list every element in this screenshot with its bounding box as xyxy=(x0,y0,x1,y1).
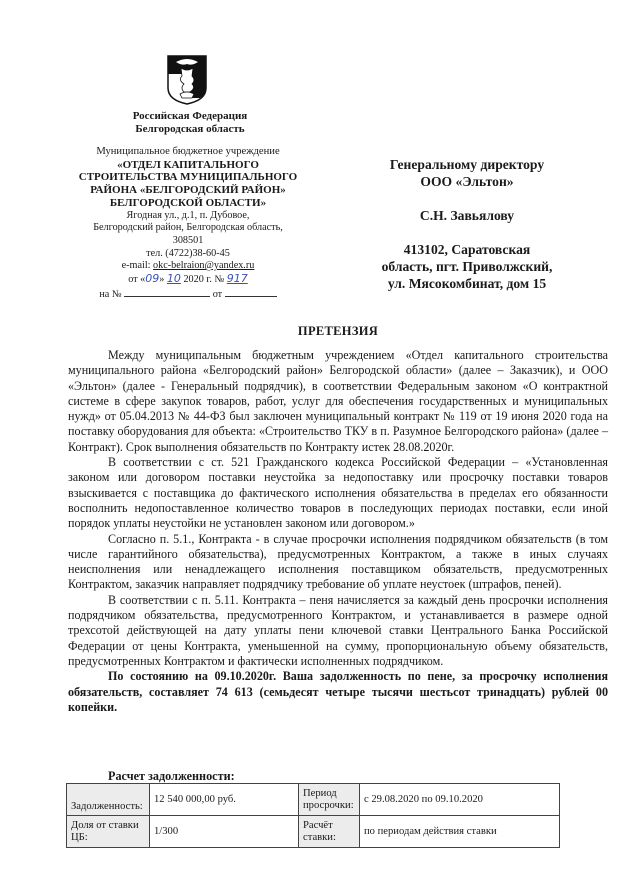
body-paragraph: В соответствии с п. 5.11. Контракта – пе… xyxy=(68,593,608,669)
document-body: Между муниципальным бюджетным учреждение… xyxy=(68,348,608,715)
org-name-line: «ОТДЕЛ КАПИТАЛЬНОГО xyxy=(62,159,314,172)
cell-value: 12 540 000,00 руб. xyxy=(150,784,299,816)
org-name-line: СТРОИТЕЛЬСТВА МУНИЦИПАЛЬНОГО xyxy=(62,171,314,184)
org-type: Муниципальное бюджетное учреждение xyxy=(62,146,314,159)
email-link[interactable]: okc-belraion@yandex.ru xyxy=(153,260,254,271)
cell-label: Период просрочки: xyxy=(299,784,360,816)
addressee-name: С.Н. Завьялову xyxy=(352,207,582,224)
region-name: Белгородская область xyxy=(80,123,300,136)
body-paragraph: Согласно п. 5.1., Контракта - в случае п… xyxy=(68,532,608,593)
body-paragraph: В соответствии с ст. 521 Гражданского ко… xyxy=(68,455,608,531)
phone: тел. (4722)38-60-45 xyxy=(62,248,314,261)
ref-from-label: от xyxy=(213,289,222,300)
calculation-title: Расчет задолженности: xyxy=(108,769,235,784)
ref-date-blank xyxy=(225,286,277,297)
outgoing-date-line: от «09» 10 2020 г. № 917 xyxy=(62,273,314,287)
email-line: e-mail: okc-belraion@yandex.ru xyxy=(62,260,314,273)
org-name-line: РАЙОНА «БЕЛГОРОДСКИЙ РАЙОН» xyxy=(62,184,314,197)
debt-statement: По состоянию на 09.10.2020г. Ваша задолж… xyxy=(68,669,608,715)
addressee-position: Генеральному директору xyxy=(352,156,582,173)
addressee-address-line: ул. Мясокомбинат, дом 15 xyxy=(352,275,582,292)
postal-code: 308501 xyxy=(62,235,314,248)
cell-value: 1/300 xyxy=(150,816,299,848)
addressee-address-line: область, пгт. Приволжский, xyxy=(352,258,582,275)
cell-label: Расчёт ставки: xyxy=(299,816,360,848)
org-name-line: БЕЛГОРОДСКОЙ ОБЛАСТИ» xyxy=(62,197,314,210)
sender-block: Муниципальное бюджетное учреждение «ОТДЕ… xyxy=(62,146,314,302)
cell-value: с 29.08.2020 по 09.10.2020 xyxy=(360,784,560,816)
cell-label: Доля от ставки ЦБ: xyxy=(67,816,150,848)
reference-line: на № от xyxy=(62,286,314,302)
date-year: 2020 г. xyxy=(183,274,212,285)
body-paragraph: Между муниципальным бюджетным учреждение… xyxy=(68,348,608,455)
number-handwritten: 917 xyxy=(227,272,248,285)
date-month-handwritten: 10 xyxy=(167,272,181,285)
addressee-company: ООО «Эльтон» xyxy=(352,173,582,190)
table-row: Доля от ставки ЦБ: 1/300 Расчёт ставки: … xyxy=(67,816,560,848)
addressee-address-line: 413102, Саратовская xyxy=(352,241,582,258)
addressee-block: Генеральному директору ООО «Эльтон» С.Н.… xyxy=(352,156,582,292)
cell-value: по периодам действия ставки xyxy=(360,816,560,848)
address-line: Белгородский район, Белгородская область… xyxy=(62,222,314,235)
cell-label: Задолженность: xyxy=(67,784,150,816)
table-row: Задолженность: 12 540 000,00 руб. Период… xyxy=(67,784,560,816)
number-label: № xyxy=(215,274,225,285)
calculation-table: Задолженность: 12 540 000,00 руб. Период… xyxy=(66,783,560,848)
address-line: Ягодная ул., д.1, п. Дубовое, xyxy=(62,210,314,223)
date-prefix: от « xyxy=(128,274,145,285)
ref-label: на № xyxy=(99,289,121,300)
document-title: ПРЕТЕНЗИЯ xyxy=(60,324,616,339)
date-day-handwritten: 09 xyxy=(145,272,159,285)
federation-name: Российская Федерация xyxy=(80,110,300,123)
email-label: e-mail: xyxy=(122,260,151,271)
ref-number-blank xyxy=(124,286,210,297)
header-federation: Российская Федерация Белгородская област… xyxy=(80,110,300,136)
date-mid: » xyxy=(159,274,164,285)
belgorod-coat-of-arms-icon xyxy=(166,54,208,106)
